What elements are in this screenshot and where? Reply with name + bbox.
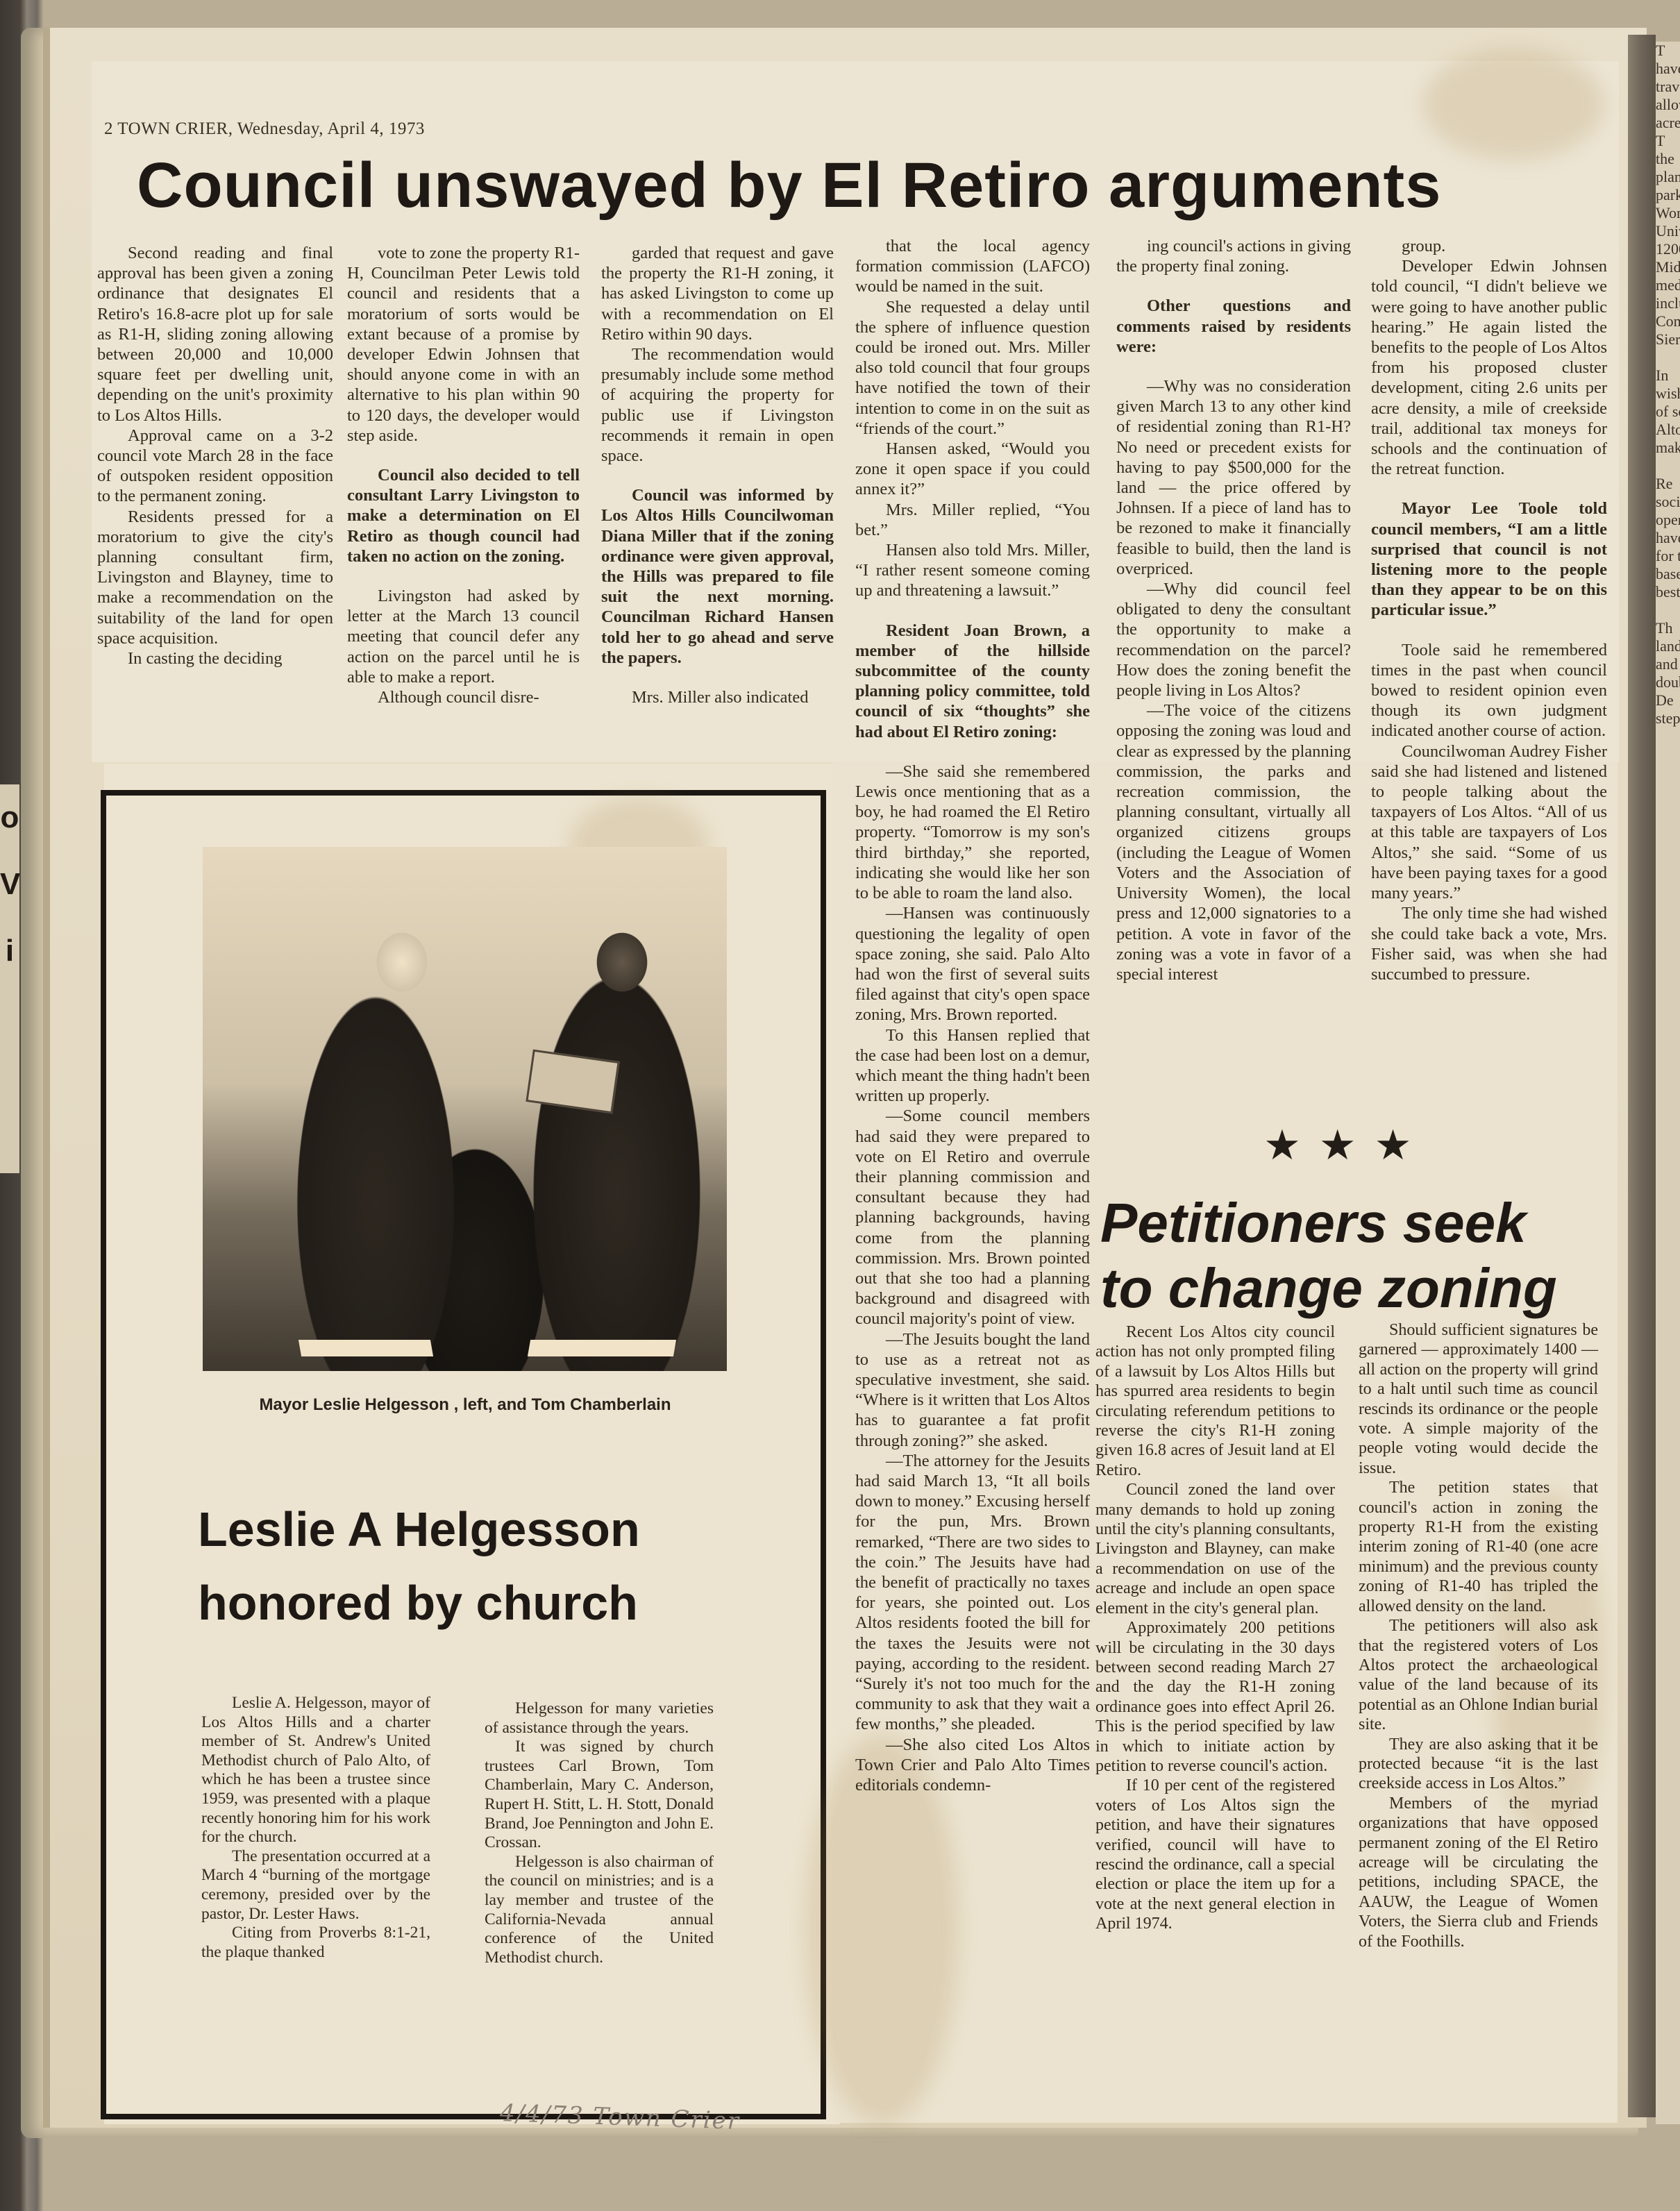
paragraph: Other questions and comments raised by r… (1116, 296, 1351, 357)
paragraph: —She said she remembered Lewis once ment… (855, 762, 1090, 903)
left-tab-fragment: oVi (0, 784, 19, 1173)
paragraph: Hansen asked, “Would you zone it open sp… (855, 439, 1090, 500)
helgesson-column-2: Helgesson for many varieties of assistan… (485, 1699, 714, 1967)
helgesson-headline: Leslie A Helgesson honored by church (198, 1493, 753, 1640)
paragraph: They are also asking that it be protecte… (1359, 1735, 1598, 1794)
paragraph: The only time she had wished she could t… (1371, 903, 1607, 984)
paragraph: Helgesson for many varieties of assistan… (485, 1699, 714, 1738)
paragraph: In casting the deciding (97, 648, 333, 669)
adjacent-page-text: the (1656, 150, 1680, 168)
paragraph: To this Hansen replied that the case had… (855, 1025, 1090, 1107)
left-tab-letter: o (0, 784, 19, 851)
paragraph: She requested a delay until the sphere o… (855, 297, 1090, 439)
paragraph: Members of the myriad organizations that… (1359, 1794, 1598, 1951)
adjacent-page-text: lando (1656, 637, 1680, 655)
adjacent-page-text: plann (1656, 168, 1680, 186)
adjacent-page-text: allow (1656, 96, 1680, 114)
main-column-3: garded that request and gave the propert… (601, 243, 834, 707)
petition-headline-line-1: Petitioners seek (1100, 1191, 1628, 1256)
main-column-5: ing council's actions in giving the prop… (1116, 236, 1351, 1111)
adjacent-page-text: wish (1656, 385, 1680, 403)
paragraph: —Why did council feel obligated to deny … (1116, 579, 1351, 700)
adjacent-page-text: Re (1656, 475, 1680, 493)
paragraph: group. (1371, 236, 1607, 256)
adjacent-page-text: make (1656, 439, 1680, 457)
petition-headline: Petitioners seek to change zoning (1100, 1191, 1628, 1321)
paragraph: —Some council members had said they were… (855, 1106, 1090, 1329)
paragraph: Helgesson is also chairman of the counci… (485, 1853, 714, 1968)
paragraph: The petition states that council's actio… (1359, 1478, 1598, 1616)
adjacent-page-text: for th (1656, 547, 1680, 565)
adjacent-page-text: based (1656, 565, 1680, 583)
petition-headline-line-2: to change zoning (1100, 1256, 1628, 1321)
adjacent-page-text: open (1656, 511, 1680, 529)
adjacent-page-text (1656, 601, 1680, 619)
adjacent-page-fragment: ThavetraveallowacreTtheplannparkWomUniv1… (1656, 42, 1680, 2124)
dateline: 2 TOWN CRIER, Wednesday, April 4, 1973 (104, 119, 425, 139)
photo-detail (299, 1340, 433, 1356)
paragraph: Mrs. Miller replied, “You bet.” (855, 500, 1090, 540)
helgesson-column-1: Leslie A. Helgesson, mayor of Los Altos … (201, 1694, 430, 1962)
paragraph: The recommendation would presumably incl… (601, 344, 834, 466)
helgesson-photo (203, 847, 727, 1371)
adjacent-page-text: medi (1656, 276, 1680, 294)
paragraph: Mayor Lee Toole told council members, “I… (1371, 498, 1607, 620)
paragraph: Citing from Proverbs 8:1-21, the plaque … (201, 1924, 430, 1962)
left-tab-letter: i (0, 918, 19, 984)
stain (1423, 49, 1604, 160)
adjacent-page-text: of so (1656, 403, 1680, 421)
paragraph: Second reading and final approval has be… (97, 243, 333, 426)
paragraph: Councilwoman Audrey Fisher said she had … (1371, 741, 1607, 904)
paragraph: Leslie A. Helgesson, mayor of Los Altos … (201, 1694, 430, 1847)
adjacent-page-text (1656, 457, 1680, 475)
paragraph: Should sufficient signatures be garnered… (1359, 1320, 1598, 1478)
left-tab-letter: V (0, 851, 19, 918)
adjacent-page-text: 1200 (1656, 240, 1680, 258)
photo-detail (528, 1340, 676, 1356)
paragraph: The petitioners will also ask that the r… (1359, 1616, 1598, 1734)
paragraph: garded that request and gave the propert… (601, 243, 834, 344)
paragraph: Toole said he remembered times in the pa… (1371, 640, 1607, 741)
adjacent-page-text: and r (1656, 655, 1680, 673)
main-column-6: group.Developer Edwin Johnsen told counc… (1371, 236, 1607, 984)
helgesson-headline-line-2: honored by church (198, 1566, 753, 1640)
paragraph: Approval came on a 3-2 council vote Marc… (97, 426, 333, 507)
adjacent-page-text: Midp (1656, 258, 1680, 276)
paragraph: —The voice of the citizens opposing the … (1116, 700, 1351, 984)
adjacent-page-text (1656, 348, 1680, 367)
paragraph: —The attorney for the Jesuits had said M… (855, 1451, 1090, 1735)
paragraph: It was signed by church trustees Carl Br… (485, 1738, 714, 1853)
paragraph: Although council disre- (347, 687, 580, 707)
paragraph: ing council's actions in giving the prop… (1116, 236, 1351, 276)
adjacent-page-text: T (1656, 42, 1680, 60)
paragraph: that the local agency formation commissi… (855, 236, 1090, 297)
adjacent-page-text: Comm (1656, 312, 1680, 330)
petition-column-1: Recent Los Altos city council action has… (1095, 1322, 1335, 1934)
paragraph: Hansen also told Mrs. Miller, “I rather … (855, 540, 1090, 601)
book-gutter (1628, 35, 1656, 2117)
paragraph: The presentation occurred at a March 4 “… (201, 1847, 430, 1924)
paragraph: Recent Los Altos city council action has… (1095, 1322, 1335, 1480)
adjacent-page-text: trave (1656, 78, 1680, 96)
star-separator-icon: ★★★ (1263, 1121, 1429, 1170)
adjacent-page-text: have (1656, 529, 1680, 547)
paragraph: vote to zone the property R1-H, Councilm… (347, 243, 580, 446)
paragraph: Council zoned the land over many demands… (1095, 1480, 1335, 1618)
adjacent-page-text: Th (1656, 619, 1680, 637)
paragraph: —The Jesuits bought the land to use as a… (855, 1329, 1090, 1451)
adjacent-page-text: acre (1656, 114, 1680, 132)
adjacent-page-text: T (1656, 132, 1680, 150)
paragraph: Council also decided to tell consultant … (347, 465, 580, 566)
adjacent-page-text: have (1656, 60, 1680, 78)
adjacent-page-text: step a (1656, 709, 1680, 728)
adjacent-page-text: Wom (1656, 204, 1680, 222)
adjacent-page-text: Sierr (1656, 330, 1680, 348)
plaque-in-photo (526, 1050, 619, 1114)
paragraph: Residents pressed for a moratorium to gi… (97, 507, 333, 648)
paragraph: Developer Edwin Johnsen told council, “I… (1371, 256, 1607, 479)
main-headline: Council unswayed by El Retiro arguments (137, 149, 1595, 222)
main-column-2: vote to zone the property R1-H, Councilm… (347, 243, 580, 707)
paragraph: —She also cited Los Altos Town Crier and… (855, 1735, 1090, 1796)
main-column-4: that the local agency formation commissi… (855, 236, 1090, 2124)
paragraph: —Why was no consideration given March 13… (1116, 376, 1351, 579)
adjacent-page-text: best (1656, 583, 1680, 601)
adjacent-page-text: doubl (1656, 673, 1680, 691)
main-column-1: Second reading and final approval has be… (97, 243, 333, 669)
photo-caption: Mayor Leslie Helgesson , left, and Tom C… (201, 1395, 729, 1415)
paragraph: If 10 per cent of the registered voters … (1095, 1776, 1335, 1933)
paragraph: —Hansen was continuously questioning the… (855, 903, 1090, 1025)
paragraph: Council was informed by Los Altos Hills … (601, 485, 834, 668)
paragraph: Livingston had asked by letter at the Ma… (347, 586, 580, 687)
paragraph: Mrs. Miller also indicated (601, 687, 834, 707)
adjacent-page-text: In (1656, 367, 1680, 385)
adjacent-page-text: park (1656, 186, 1680, 204)
adjacent-page-text: De (1656, 691, 1680, 709)
adjacent-page-text: inclu (1656, 294, 1680, 312)
helgesson-headline-line-1: Leslie A Helgesson (198, 1493, 753, 1566)
paragraph: Resident Joan Brown, a member of the hil… (855, 621, 1090, 742)
petition-column-2: Should sufficient signatures be garnered… (1359, 1320, 1598, 1951)
adjacent-page-text: Altos (1656, 421, 1680, 439)
adjacent-page-text: Univ (1656, 222, 1680, 240)
adjacent-page-text: socia (1656, 493, 1680, 511)
paragraph: Approximately 200 petitions will be circ… (1095, 1618, 1335, 1776)
